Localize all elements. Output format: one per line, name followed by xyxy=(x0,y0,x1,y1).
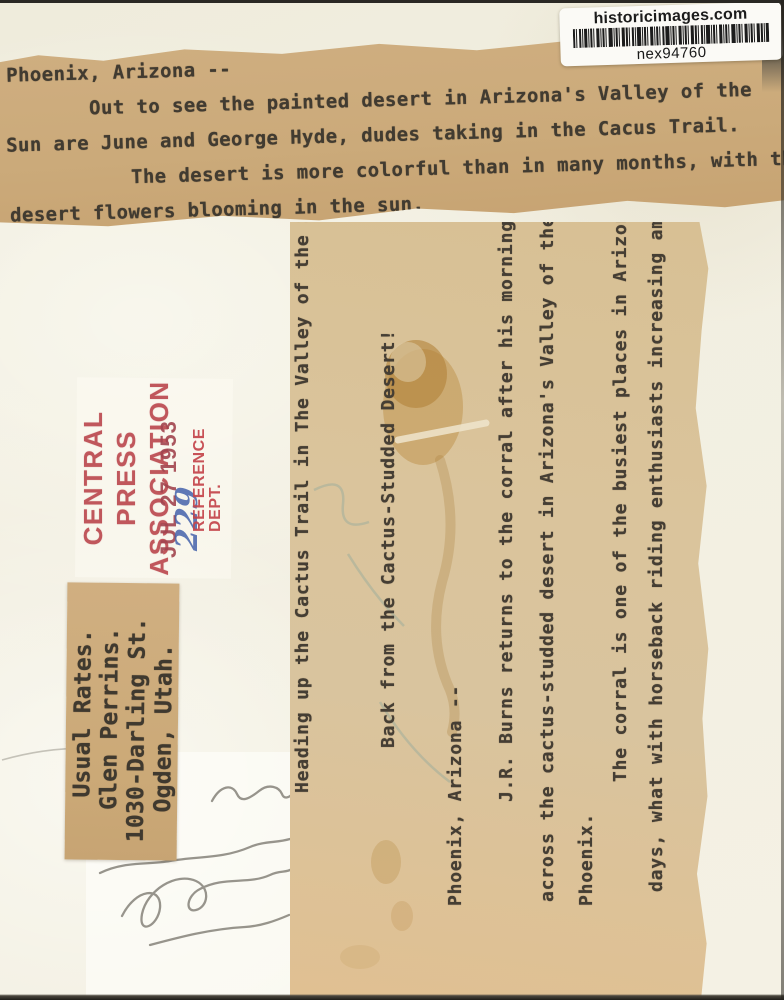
vertical-caption-line: J.R. Burns returns to the corral after h… xyxy=(498,222,516,802)
rates-label-line: Glen Perrins. xyxy=(98,627,123,810)
vertical-caption-line: Phoenix. xyxy=(578,813,596,906)
vendor-code-text: nex94760 xyxy=(636,45,706,62)
rates-label-line: 1030-Darling St. xyxy=(125,617,150,842)
vertical-caption-line: across the cactus-studded desert in Ariz… xyxy=(539,222,557,902)
caption-line: The desert is more colorful than in many… xyxy=(131,149,784,187)
rates-label-line: Usual Rates. xyxy=(71,629,96,798)
vertical-caption-line: Phoenix, Arizona -- xyxy=(447,685,465,906)
press-photo-back: Heading up the Cactus Trail in The Valle… xyxy=(0,0,784,1000)
vertical-caption-line: Heading up the Cactus Trail in The Valle… xyxy=(294,222,312,793)
photo-edge-bottom xyxy=(0,994,784,1000)
caption-line: Out to see the painted desert in Arizona… xyxy=(89,81,752,119)
vertical-caption-line: The corral is one of the busiest places … xyxy=(612,222,630,782)
caption-line: Sun are June and George Hyde, dudes taki… xyxy=(6,116,740,155)
vertical-caption-line: Back from the Cactus-Studded Desert! xyxy=(380,329,398,748)
rates-label: Usual Rates. Glen Perrins. 1030-Darling … xyxy=(65,582,180,860)
stamp-agency-line1: CENTRAL PRESS xyxy=(77,388,143,568)
reference-dept-text: REFERENCE DEPT. xyxy=(192,388,224,532)
vertical-caption-text: Heading up the Cactus Trail in The Valle… xyxy=(290,222,710,998)
caption-line: Phoenix, Arizona -- xyxy=(6,60,231,85)
vertical-caption-sheet: Heading up the Cactus Trail in The Valle… xyxy=(290,222,710,998)
photo-edge-top xyxy=(0,0,784,3)
rates-label-line: Ogden, Utah. xyxy=(152,644,177,813)
vendor-label: historicimages.com nex94760 xyxy=(559,2,783,67)
vertical-caption-line: days, what with horseback riding enthusi… xyxy=(648,222,666,892)
reference-dept-stamp: REFERENCE DEPT. xyxy=(193,388,223,532)
rates-label-text: Usual Rates. Glen Perrins. 1030-Darling … xyxy=(65,582,180,860)
